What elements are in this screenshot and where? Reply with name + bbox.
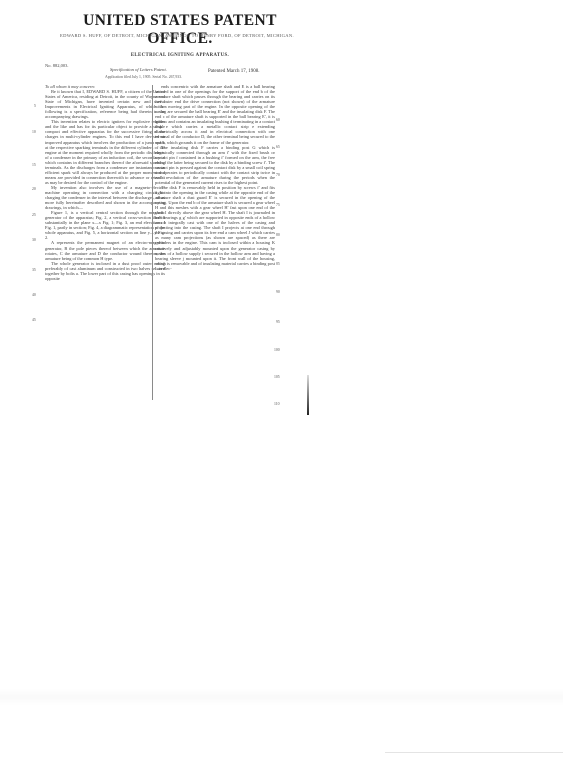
scan-smudge <box>0 688 563 706</box>
line-number: 35 <box>32 268 36 272</box>
paragraph: The insulating disk F carries a binding … <box>155 145 275 185</box>
patent-number: No. 882,003. <box>45 63 69 68</box>
scan-edge-line <box>385 752 563 753</box>
paragraph: This invention relates to electric ignit… <box>45 119 165 185</box>
paragraph: My invention also involves the use of a … <box>45 185 165 210</box>
line-number: 60 <box>276 118 280 122</box>
application-filed: Application filed July 1, 1905. Serial N… <box>105 75 182 79</box>
line-number: 105 <box>274 375 280 379</box>
line-number: 20 <box>32 187 36 191</box>
paragraph: A represents the permanent magnet of an … <box>45 240 165 260</box>
paragraph: The disk F is removably held in position… <box>155 185 275 271</box>
patent-page: UNITED STATES PATENT OFFICE. EDWARD S. H… <box>0 0 563 768</box>
line-number: 110 <box>274 402 280 406</box>
line-number: 15 <box>32 163 36 167</box>
column-divider <box>152 85 153 400</box>
paragraph: Be it known that I, EDWARD S. HUFF, a ci… <box>45 89 165 119</box>
office-title: UNITED STATES PATENT OFFICE. <box>50 12 310 48</box>
line-number: 10 <box>32 130 36 134</box>
right-text-column: ends concentric with the armature shaft … <box>155 84 275 271</box>
line-number: 100 <box>274 348 280 352</box>
line-number: 75 <box>276 203 280 207</box>
line-number: 30 <box>32 238 36 242</box>
scan-edge-shadow <box>307 375 309 415</box>
line-number: 70 <box>276 173 280 177</box>
paragraph: Figure 1, is a vertical central section … <box>45 210 165 240</box>
line-number: 90 <box>276 290 280 294</box>
line-number: 85 <box>276 262 280 266</box>
line-number: 25 <box>32 213 36 217</box>
line-number: 45 <box>32 318 36 322</box>
line-number: 65 <box>276 145 280 149</box>
left-text-column: To all whom it may concern: Be it known … <box>45 84 165 281</box>
inventor-line: EDWARD S. HUFF, OF DETROIT, MICHIGAN, AS… <box>38 33 316 39</box>
paragraph: ends concentric with the armature shaft … <box>155 84 275 145</box>
specification-label: Specification of Letters Patent. <box>110 67 167 72</box>
line-number: 40 <box>32 293 36 297</box>
line-number: 80 <box>276 233 280 237</box>
line-number: 5 <box>34 104 36 108</box>
patented-date: Patented March 17, 1908. <box>208 69 260 74</box>
patent-subject: ELECTRICAL IGNITING APPARATUS. <box>100 53 260 58</box>
line-number: 95 <box>276 320 280 324</box>
paragraph: The whole generator is inclosed in a dus… <box>45 261 165 281</box>
